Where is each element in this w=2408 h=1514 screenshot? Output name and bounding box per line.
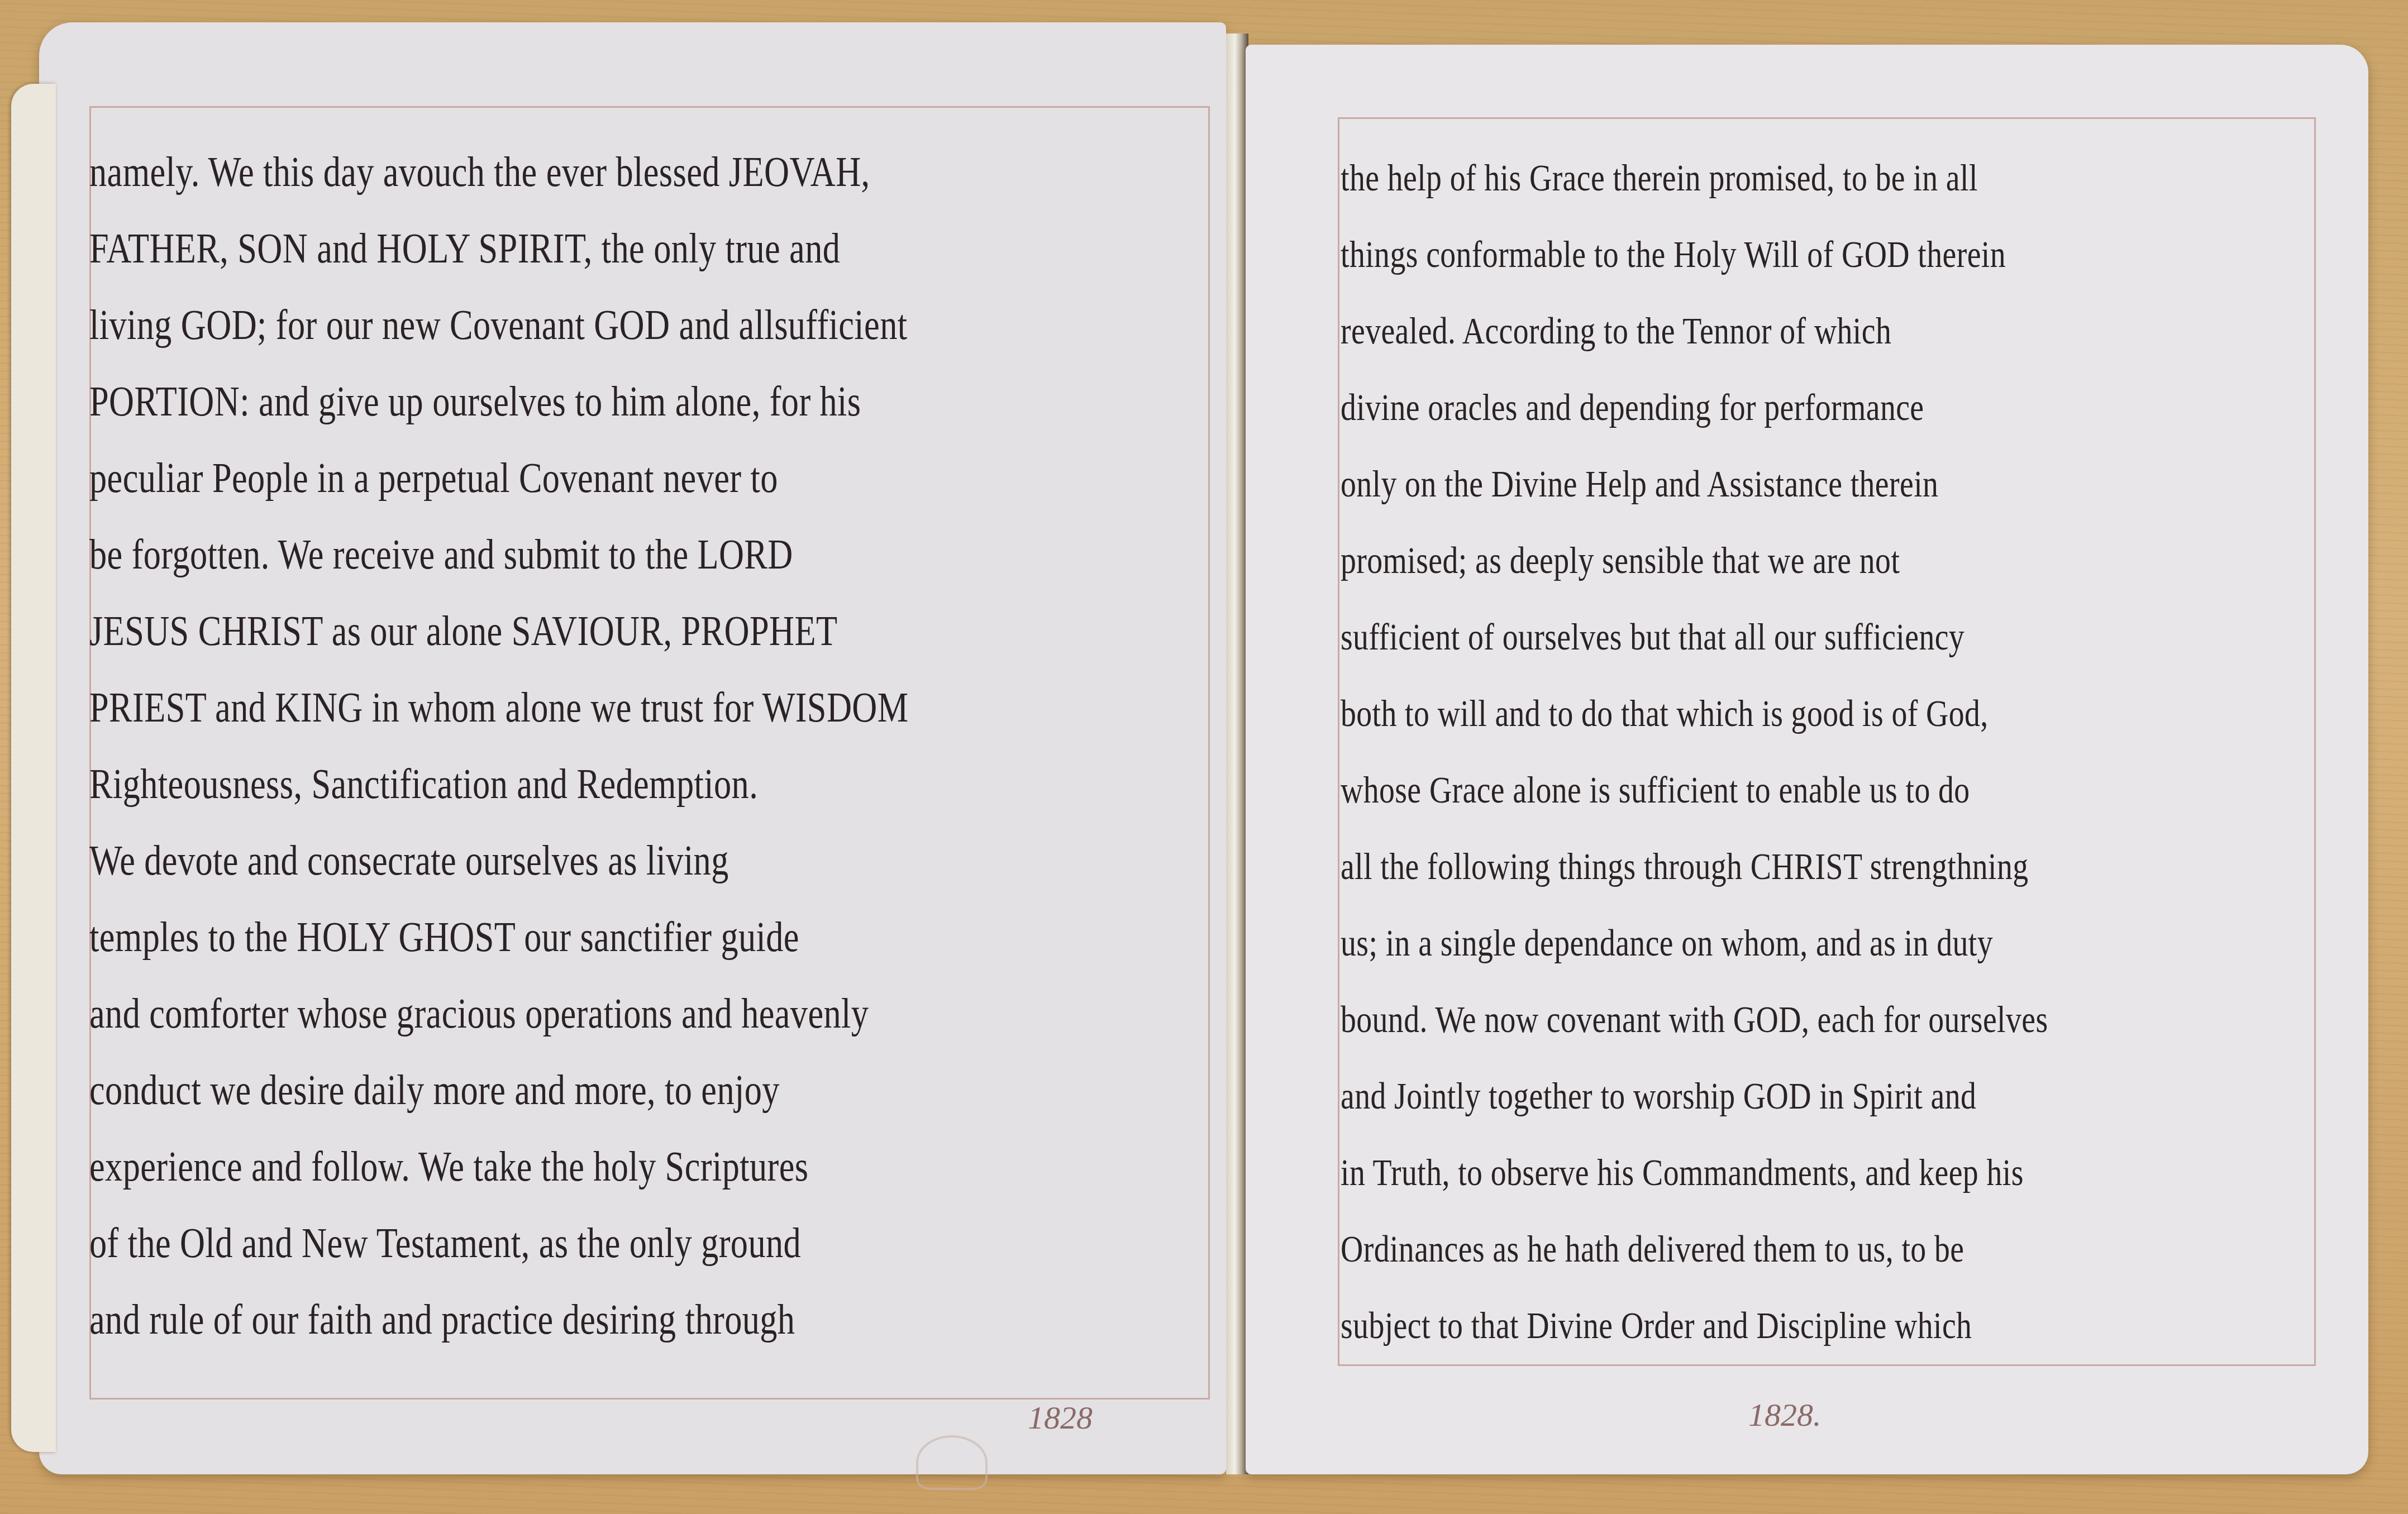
text-line: whose Grace alone is sufficient to enabl… bbox=[1341, 752, 2321, 828]
text-line: all the following things through CHRIST … bbox=[1341, 828, 2321, 905]
text-line: subject to that Divine Order and Discipl… bbox=[1341, 1287, 2321, 1364]
left-page: namely. We this day avouch the ever bles… bbox=[39, 22, 1226, 1474]
text-line: PRIEST and KING in whom alone we trust f… bbox=[89, 670, 1216, 746]
text-line: sufficient of ourselves but that all our… bbox=[1341, 599, 2321, 675]
text-line: experience and follow. We take the holy … bbox=[89, 1129, 1216, 1205]
text-line: things conformable to the Holy Will of G… bbox=[1341, 216, 2321, 293]
text-line: be forgotten. We receive and submit to t… bbox=[89, 517, 1216, 593]
text-line: us; in a single dependance on whom, and … bbox=[1341, 905, 2321, 981]
right-page: the help of his Grace therein promised, … bbox=[1246, 45, 2368, 1474]
text-line: promised; as deeply sensible that we are… bbox=[1341, 522, 2321, 599]
text-line: and comforter whose gracious operations … bbox=[89, 976, 1216, 1052]
book-spine bbox=[1226, 34, 1248, 1474]
underlying-page-edge bbox=[11, 84, 56, 1452]
text-line: temples to the HOLY GHOST our sanctifier… bbox=[89, 899, 1216, 976]
text-line: We devote and consecrate ourselves as li… bbox=[89, 823, 1216, 899]
text-line: divine oracles and depending for perform… bbox=[1341, 369, 2321, 446]
text-line: FATHER, SON and HOLY SPIRIT, the only tr… bbox=[89, 211, 1216, 287]
text-line: namely. We this day avouch the ever bles… bbox=[89, 134, 1216, 211]
text-line: in Truth, to observe his Commandments, a… bbox=[1341, 1134, 2321, 1211]
paper-stain bbox=[916, 1435, 988, 1490]
text-line: Ordinances as he hath delivered them to … bbox=[1341, 1211, 2321, 1287]
text-line: both to will and to do that which is goo… bbox=[1341, 675, 2321, 752]
text-line: living GOD; for our new Covenant GOD and… bbox=[89, 287, 1216, 364]
text-line: PORTION: and give up ourselves to him al… bbox=[89, 364, 1216, 440]
text-line: the help of his Grace therein promised, … bbox=[1341, 140, 2321, 216]
text-line: only on the Divine Help and Assistance t… bbox=[1341, 446, 2321, 522]
left-page-text: namely. We this day avouch the ever bles… bbox=[89, 134, 1218, 1358]
page-date: 1828 bbox=[1028, 1399, 1093, 1436]
page-date: 1828. bbox=[1748, 1396, 1822, 1434]
text-line: JESUS CHRIST as our alone SAVIOUR, PROPH… bbox=[89, 593, 1216, 670]
text-line: and rule of our faith and practice desir… bbox=[89, 1282, 1216, 1358]
text-line: bound. We now covenant with GOD, each fo… bbox=[1341, 981, 2321, 1058]
right-page-text: the help of his Grace therein promised, … bbox=[1341, 140, 2324, 1364]
text-line: and Jointly together to worship GOD in S… bbox=[1341, 1058, 2321, 1134]
text-line: Righteousness, Sanctification and Redemp… bbox=[89, 746, 1216, 823]
text-line: revealed. According to the Tennor of whi… bbox=[1341, 293, 2321, 369]
text-line: of the Old and New Testament, as the onl… bbox=[89, 1205, 1216, 1282]
text-line: peculiar People in a perpetual Covenant … bbox=[89, 440, 1216, 517]
text-line: conduct we desire daily more and more, t… bbox=[89, 1052, 1216, 1129]
